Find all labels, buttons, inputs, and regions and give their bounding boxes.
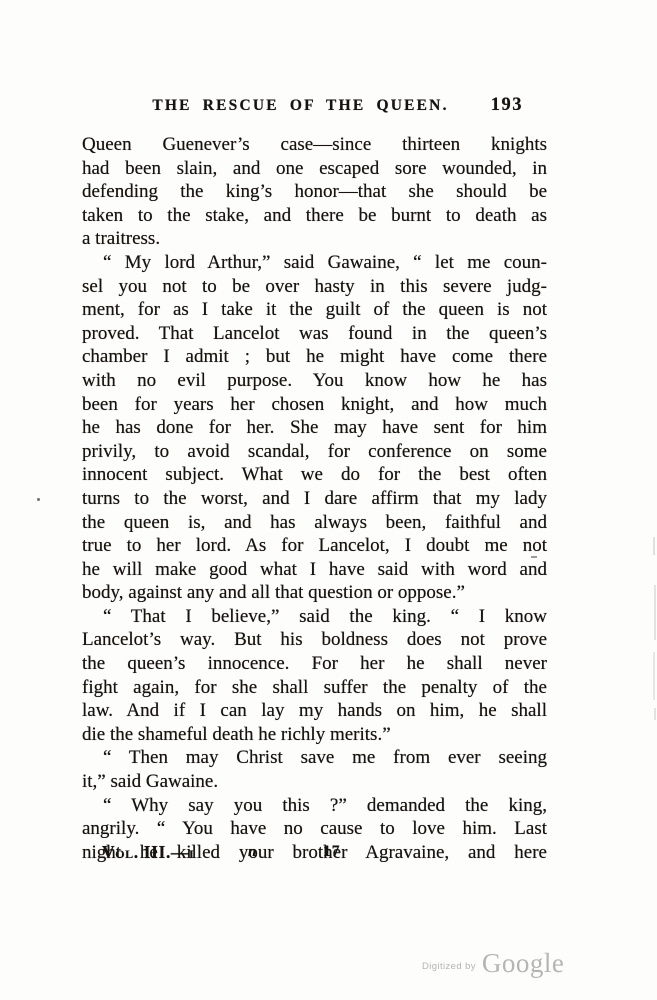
text-line: “ Then may Christ save me from ever seei… bbox=[82, 746, 547, 770]
volume-label: Vol. III.—i bbox=[102, 842, 194, 863]
text-line: die the shameful death he richly merits.… bbox=[82, 723, 547, 747]
text-line: turns to the worst, and I dare affirm th… bbox=[82, 487, 547, 511]
google-logo: Google bbox=[482, 948, 564, 979]
text-line: law. And if I can lay my hands on him, h… bbox=[82, 699, 547, 723]
page-edge-bleed-mark bbox=[654, 585, 656, 640]
text-line: “ Why say you this ?” demanded the king, bbox=[82, 794, 547, 818]
chapter-title: THE RESCUE OF THE QUEEN. bbox=[152, 97, 448, 115]
text-line: defending the king’s honor—that she shou… bbox=[82, 180, 547, 204]
text-line: innocent subject. What we do for the bes… bbox=[82, 463, 547, 487]
text-line: Lancelot’s way. But his boldness does no… bbox=[82, 628, 547, 652]
text-line: body, against any and all that question … bbox=[82, 581, 547, 605]
page-edge-bleed-mark bbox=[653, 652, 655, 700]
text-line: taken to the stake, and there be burnt t… bbox=[82, 204, 547, 228]
text-line: the queen’s innocence. For her he shall … bbox=[82, 652, 547, 676]
scan-speck-artifact bbox=[37, 498, 40, 501]
digitized-by-label: Digitized by bbox=[422, 956, 476, 972]
scan-dash-artifact bbox=[531, 556, 537, 558]
page-text: Queen Guenever’s case—since thirteen kni… bbox=[82, 133, 547, 864]
running-head: THE RESCUE OF THE QUEEN. 193 bbox=[82, 97, 547, 121]
text-line: he has done for her. She may have sent f… bbox=[82, 416, 547, 440]
text-line: been for years her chosen knight, and ho… bbox=[82, 393, 547, 417]
text-line: proved. That Lancelot was found in the q… bbox=[82, 322, 547, 346]
text-line: “ My lord Arthur,” said Gawaine, “ let m… bbox=[82, 251, 547, 275]
footer-signature-line: Vol. III.—i n 17 bbox=[82, 842, 547, 866]
digitization-watermark: Digitized by Google bbox=[422, 948, 564, 979]
text-line: it,” said Gawaine. bbox=[82, 770, 547, 794]
text-line: “ That I believe,” said the king. “ I kn… bbox=[82, 605, 547, 629]
text-line: fight again, for she shall suffer the pe… bbox=[82, 676, 547, 700]
text-line: he will make good what I have said with … bbox=[82, 558, 547, 582]
text-line: ment, for as I take it the guilt of the … bbox=[82, 298, 547, 322]
book-page-scan: THE RESCUE OF THE QUEEN. 193 Queen Guene… bbox=[0, 0, 657, 1000]
text-line: angrily. “ You have no cause to love him… bbox=[82, 817, 547, 841]
page-edge-bleed-mark bbox=[654, 708, 656, 720]
text-line: privily, to avoid scandal, for conferenc… bbox=[82, 440, 547, 464]
text-line: a traitress. bbox=[82, 227, 547, 251]
signature-number: 17 bbox=[323, 843, 341, 861]
text-line: chamber I admit ; but he might have come… bbox=[82, 345, 547, 369]
text-line: had been slain, and one escaped sore wou… bbox=[82, 157, 547, 181]
text-line: Queen Guenever’s case—since thirteen kni… bbox=[82, 133, 547, 157]
text-line: with no evil purpose. You know how he ha… bbox=[82, 369, 547, 393]
text-line: true to her lord. As for Lancelot, I dou… bbox=[82, 534, 547, 558]
printers-signature-mark: n bbox=[248, 844, 256, 861]
text-line: the queen is, and has always been, faith… bbox=[82, 511, 547, 535]
page-number: 193 bbox=[491, 95, 523, 116]
text-line: sel you not to be over hasty in this sev… bbox=[82, 275, 547, 299]
page-edge-bleed-mark bbox=[653, 537, 655, 555]
